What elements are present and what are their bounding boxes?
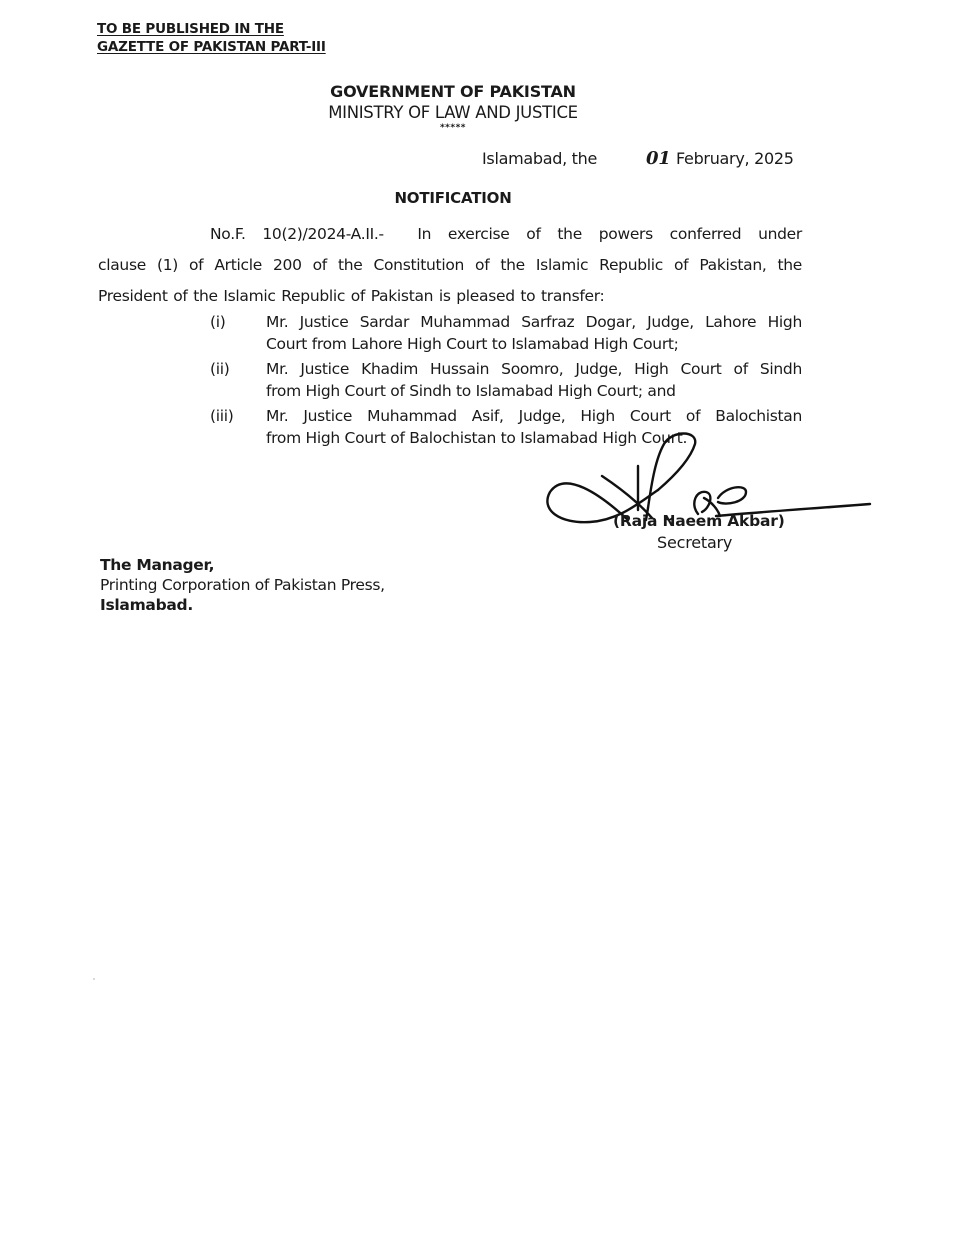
transfer-list: (i) Mr. Justice Sardar Muhammad Sarfraz … <box>210 311 802 452</box>
addressee-block: The Manager, Printing Corporation of Pak… <box>100 555 385 615</box>
item-numeral: (iii) <box>210 405 260 427</box>
separator-stars: ***** <box>0 123 906 133</box>
list-item: (ii) Mr. Justice Khadim Hussain Soomro, … <box>210 358 802 402</box>
reference-number: No.F. 10(2)/2024-A.II.- <box>210 225 384 243</box>
gazette-line-2: GAZETTE OF PAKISTAN PART-III <box>97 38 326 56</box>
dateline-place: Islamabad, the <box>482 149 646 168</box>
government-heading: GOVERNMENT OF PAKISTAN <box>0 82 906 101</box>
dateline-day: 01 <box>646 148 676 169</box>
ministry-heading: MINISTRY OF LAW AND JUSTICE <box>0 103 906 122</box>
item-numeral: (i) <box>210 311 260 333</box>
gazette-line-1: TO BE PUBLISHED IN THE <box>97 20 326 38</box>
body-line-3: President of the Islamic Republic of Pak… <box>98 281 802 312</box>
dateline: Islamabad, the01February, 2025 <box>482 148 794 169</box>
scan-speck <box>93 978 95 980</box>
signatory-name: (Raja Naeem Akbar) <box>613 512 785 530</box>
notification-body: No.F. 10(2)/2024-A.II.- In exercise of t… <box>98 219 802 312</box>
dateline-month-year: February, 2025 <box>676 149 794 168</box>
item-numeral: (ii) <box>210 358 260 380</box>
list-item: (i) Mr. Justice Sardar Muhammad Sarfraz … <box>210 311 802 355</box>
item-text: Mr. Justice Sardar Muhammad Sarfraz Doga… <box>266 311 802 355</box>
item-text: Mr. Justice Khadim Hussain Soomro, Judge… <box>266 358 802 402</box>
gazette-notice: TO BE PUBLISHED IN THE GAZETTE OF PAKIST… <box>97 20 326 56</box>
body-line-2: clause (1) of Article 200 of the Constit… <box>98 250 802 281</box>
addressee-line-1: The Manager, <box>100 555 385 575</box>
addressee-line-2: Printing Corporation of Pakistan Press, <box>100 575 385 595</box>
body-line-1: No.F. 10(2)/2024-A.II.- In exercise of t… <box>98 219 802 250</box>
notification-title: NOTIFICATION <box>0 189 906 207</box>
signatory-designation: Secretary <box>657 533 732 552</box>
addressee-line-3: Islamabad. <box>100 595 385 615</box>
